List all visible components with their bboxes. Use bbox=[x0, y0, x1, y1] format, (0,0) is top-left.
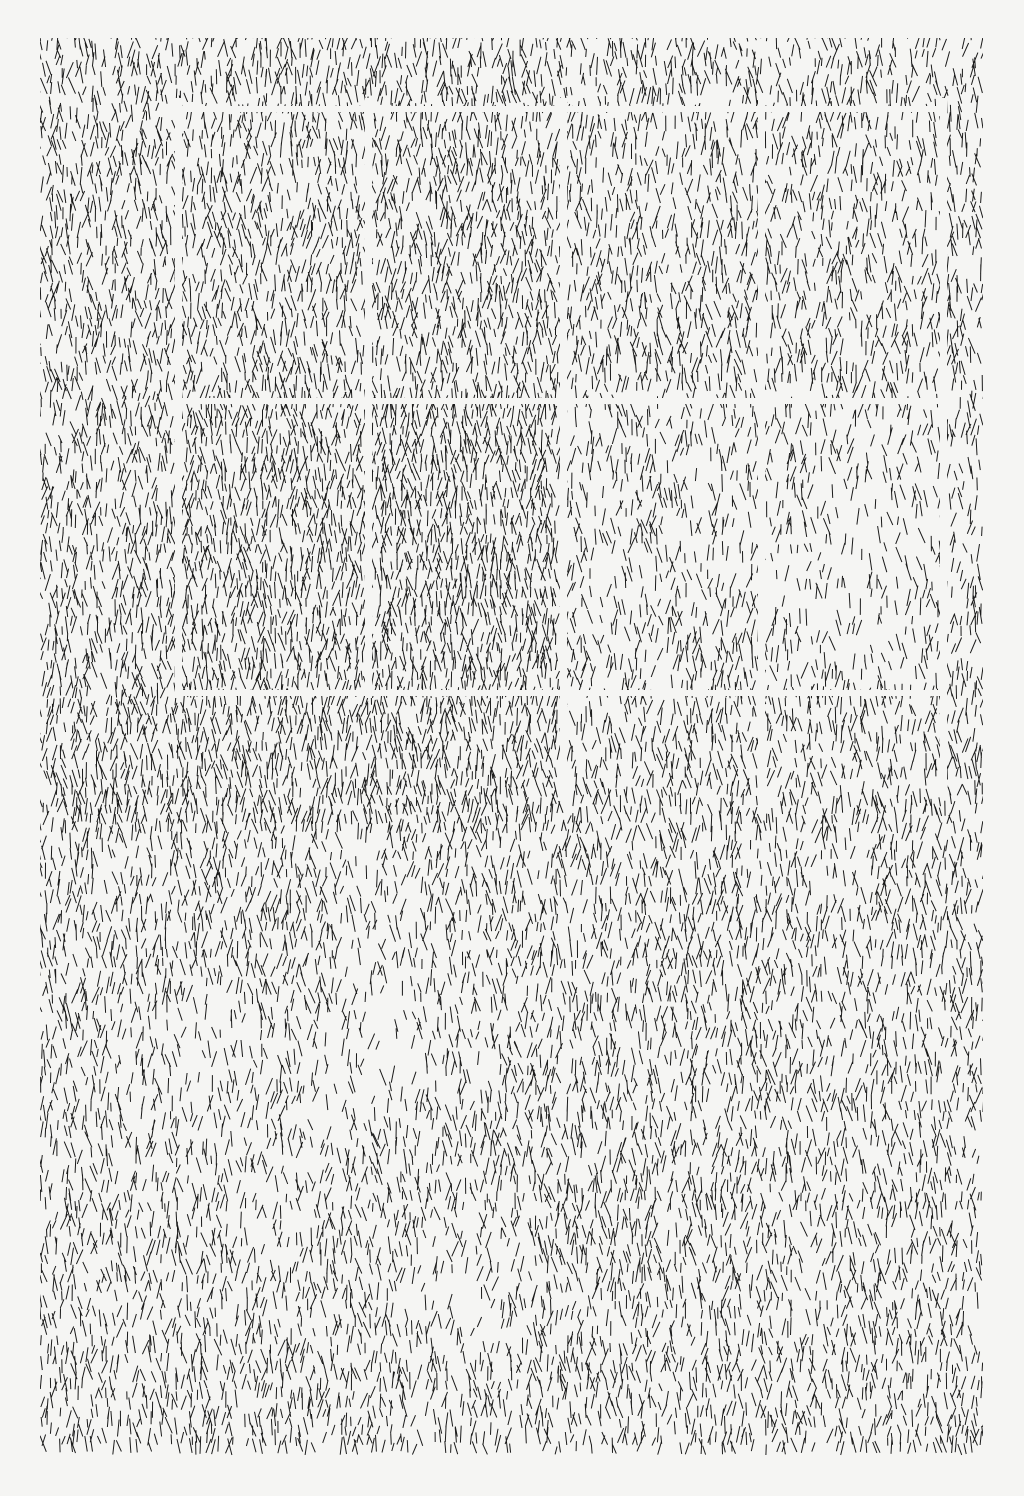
hatched-artwork bbox=[40, 38, 983, 1457]
ink-drawing bbox=[40, 38, 983, 1457]
window-transom bbox=[175, 398, 947, 404]
paper-background bbox=[0, 0, 1024, 1496]
window-transom bbox=[175, 690, 947, 696]
window-transom bbox=[175, 106, 947, 112]
